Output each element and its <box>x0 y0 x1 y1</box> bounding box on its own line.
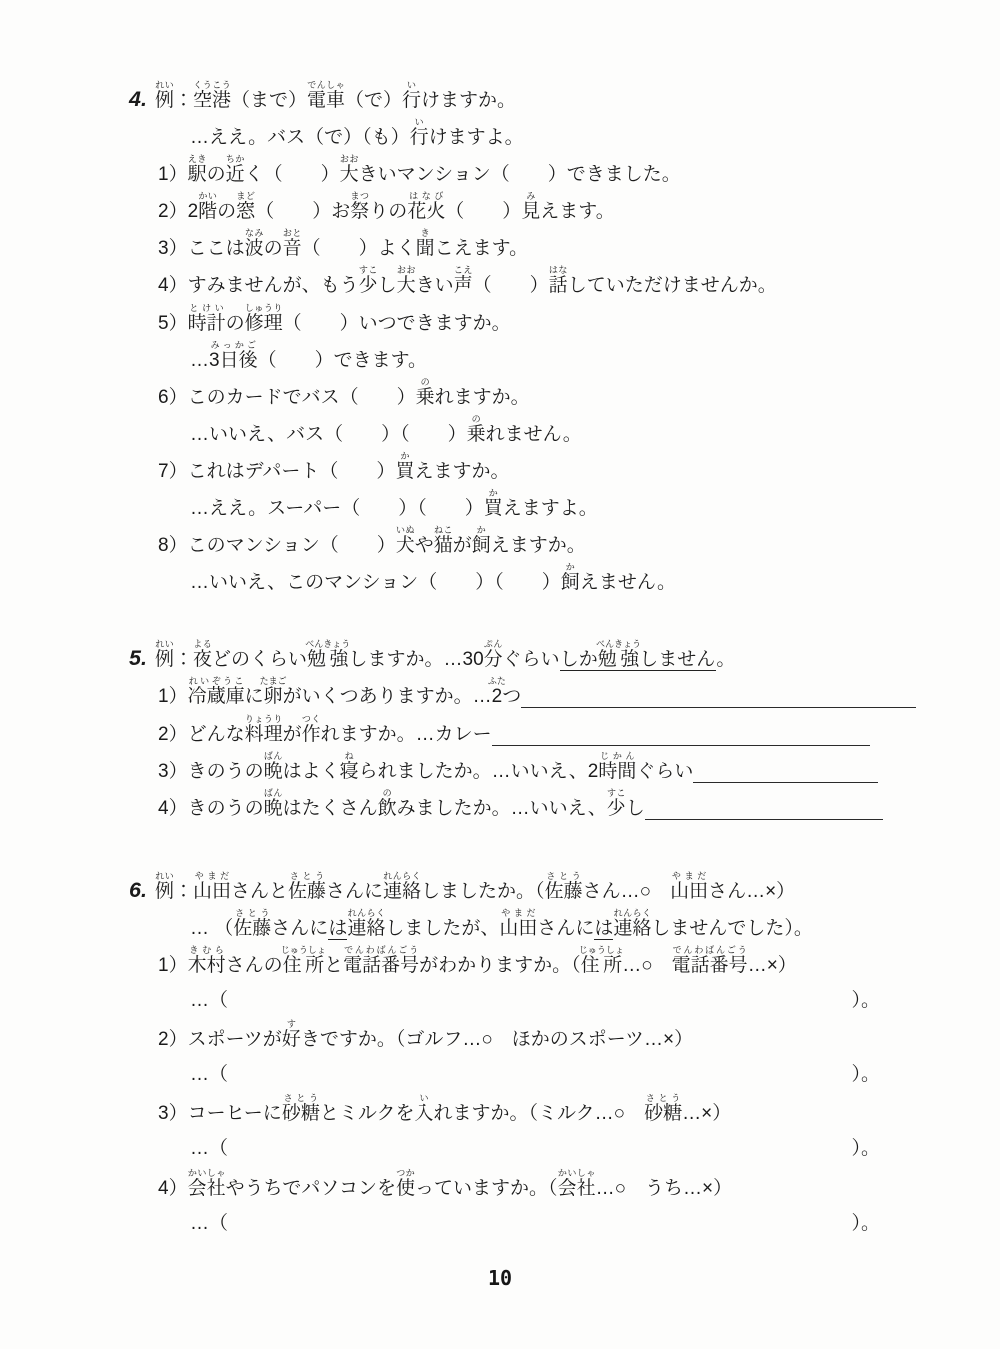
answer-blank-line <box>693 782 878 783</box>
ruby-word: 見み <box>521 201 540 222</box>
workbook-content: 4.例れい：空港くうこう（まで）電車でんしゃ（で）行いけますか。…ええ。バス（で… <box>0 0 1000 1242</box>
ruby-word: 3日後みっかご <box>209 350 258 371</box>
text-line: 3）コーヒーに砂糖さとうとミルクを入いれますか。（ミルク…○ 砂糖さとう…×） <box>158 1093 1000 1130</box>
ruby-word: 飲の <box>378 798 397 819</box>
text-run: ： <box>174 90 193 111</box>
ruby-word: 大おお <box>340 164 359 185</box>
text-run: の <box>264 238 283 259</box>
ruby-word: 声こえ <box>454 275 473 296</box>
text-run: こえます。 <box>435 238 528 259</box>
text-run: がわかりますか。（ <box>419 955 581 976</box>
ruby-word: 電話番号でんわばんごう <box>672 955 748 976</box>
text-run: …（ <box>190 1130 228 1167</box>
text-run: られましたか。…いいえ、2 <box>359 761 599 782</box>
text-run: ）。 <box>851 1205 880 1242</box>
ruby-word: 会社かいしゃ <box>188 1178 226 1199</box>
answer-blank-line <box>521 707 916 708</box>
text-line: … （佐藤さとうさんには連絡れんらくしましたが、山田やまださんには連絡れんらくし… <box>190 908 1000 945</box>
ruby-word: 近ちか <box>226 164 245 185</box>
exercise-section-6: 6.例れい：山田やまださんと佐藤さとうさんに連絡れんらくしましたか。（佐藤さとう… <box>0 871 1000 1242</box>
text-run: 8）このマンション（ ） <box>158 535 396 556</box>
text-run: し <box>378 275 397 296</box>
text-run: さんに <box>326 881 383 902</box>
text-run: れますか。 <box>435 387 530 408</box>
text-run: …ええ。スーパー（ ）（ ） <box>190 498 484 519</box>
ruby-word: 晩ばん <box>264 761 283 782</box>
text-run: しますか。…30 <box>349 649 484 670</box>
text-run: しましたが、 <box>385 918 499 939</box>
ruby-word: 音おと <box>283 238 302 259</box>
text-run: し <box>626 798 645 819</box>
ruby-word: 行い <box>402 90 421 111</box>
text-run: つ <box>502 686 521 707</box>
text-run: れますか。…カレー <box>321 724 492 745</box>
ruby-word: 買か <box>484 498 503 519</box>
text-run: どのくらい <box>212 649 307 670</box>
ruby-word: 波なみ <box>245 238 264 259</box>
text-run: っていますか。（ <box>415 1178 558 1199</box>
text-line: 6.例れい：山田やまださんと佐藤さとうさんに連絡れんらくしましたか。（佐藤さとう… <box>129 871 1000 908</box>
text-run: 4. <box>129 87 147 111</box>
text-run: は <box>594 918 613 940</box>
text-run: きですか。（ゴルフ…○ ほかのスポーツ…×） <box>301 1029 693 1050</box>
text-line: …（）。 <box>190 982 880 1019</box>
ruby-word: 例れい <box>155 90 174 111</box>
text-run: さん…○ <box>583 881 670 902</box>
ruby-word: 佐藤さとう <box>288 881 326 902</box>
text-run: の <box>207 164 226 185</box>
text-line: …いいえ、バス（ ）（ ）乗のれません。 <box>190 414 1000 451</box>
ruby-word: 猫ねこ <box>434 535 453 556</box>
text-run: しませんでした）。 <box>651 918 813 939</box>
text-run: く（ ） <box>245 164 340 185</box>
ruby-word: 花火はなび <box>407 201 445 222</box>
ruby-word: 例れい <box>155 649 174 670</box>
text-run: えます。 <box>540 201 614 222</box>
text-line: …（）。 <box>190 1130 880 1167</box>
text-run: 4）すみませんが、もう <box>158 275 359 296</box>
text-run: さん…×） <box>708 881 795 902</box>
text-line: 7）これはデパート（ ）買かえますか。 <box>158 451 1000 488</box>
ruby-word: 連絡れんらく <box>383 881 421 902</box>
ruby-word: 少すこ <box>607 798 626 819</box>
ruby-word: 聞き <box>416 238 435 259</box>
text-run: さんと <box>231 881 288 902</box>
ruby-word: 夜よる <box>193 649 212 670</box>
text-run: 2）どんな <box>158 724 245 745</box>
text-run: が <box>283 724 302 745</box>
text-line: 4.例れい：空港くうこう（まで）電車でんしゃ（で）行いけますか。 <box>129 80 1000 117</box>
ruby-word: 電話番号でんわばんごう <box>343 955 419 976</box>
ruby-word: 山田やまだ <box>670 881 708 902</box>
text-run: …×） <box>682 1103 731 1124</box>
text-run: きい <box>416 275 454 296</box>
ruby-word: 使つか <box>396 1178 415 1199</box>
text-line: 4）きのうの晩ばんはたくさん飲のみましたか。…いいえ、少すこし <box>158 788 1000 825</box>
text-run: 3）きのうの <box>158 761 264 782</box>
ruby-word: 作つく <box>302 724 321 745</box>
ruby-word: 乗の <box>416 387 435 408</box>
text-run: の <box>226 313 245 334</box>
text-run: …×） <box>748 955 797 976</box>
text-run: がいくつありますか。… <box>283 686 492 707</box>
ruby-word: 例れい <box>155 881 174 902</box>
text-line: 8）このマンション（ ）犬いぬや猫ねこが飼かえますか。 <box>158 525 1000 562</box>
text-run: 4） <box>158 1178 188 1199</box>
text-run: ）。 <box>851 1056 880 1093</box>
answer-blank-line <box>492 745 870 746</box>
text-run: しましたか。（ <box>421 881 545 902</box>
text-run: や <box>415 535 434 556</box>
text-run: れません。 <box>486 424 582 445</box>
ruby-word: 砂糖さとう <box>644 1103 682 1124</box>
text-run: 1） <box>158 164 188 185</box>
text-run: しか <box>560 649 598 671</box>
ruby-word: 連絡れんらく <box>347 918 385 939</box>
ruby-word: 時計とけい <box>188 313 226 334</box>
text-line: 2）2階かいの窓まど（ ）お祭まつりの花火はなび（ ）見みえます。 <box>158 191 1000 228</box>
text-run: 。 <box>716 649 735 670</box>
ruby-word: 会社かいしゃ <box>558 1178 596 1199</box>
text-run: えますか。 <box>491 535 586 556</box>
text-line: 6）このカードでバス（ ）乗のれますか。 <box>158 377 1000 414</box>
text-run: … （ <box>190 918 233 939</box>
text-run: ぐらい <box>503 649 560 670</box>
text-run: 1） <box>158 955 188 976</box>
text-run: 6. <box>129 878 147 902</box>
text-run: 5） <box>158 313 188 334</box>
text-run: と <box>324 955 343 976</box>
ruby-word: 階かい <box>198 201 217 222</box>
text-run: ）。 <box>851 982 880 1019</box>
ruby-word: 砂糖さとう <box>282 1103 320 1124</box>
ruby-word: 修理しゅうり <box>245 313 283 334</box>
text-run: 4）きのうの <box>158 798 264 819</box>
text-line: 1）駅えきの近ちかく（ ）大おおきいマンション（ ）できました。 <box>158 154 1000 191</box>
ruby-word: 飼か <box>561 572 580 593</box>
text-run: 2）スポーツが <box>158 1029 282 1050</box>
ruby-word: 電車でんしゃ <box>307 90 345 111</box>
text-run: （ ） <box>445 201 521 222</box>
text-run: （まで） <box>231 90 307 111</box>
text-run: 2）2 <box>158 201 198 222</box>
text-run: ： <box>174 649 193 670</box>
ruby-word: 住所じゅうしょ <box>581 955 623 976</box>
text-run: とミルクを <box>320 1103 415 1124</box>
text-line: 4）会社かいしゃやうちでパソコンを使つかっていますか。（会社かいしゃ…○ うち…… <box>158 1168 1000 1205</box>
text-run: りの <box>369 201 407 222</box>
text-run: 7）これはデパート（ ） <box>158 461 395 482</box>
text-run: … <box>190 350 209 371</box>
document-page: 4.例れい：空港くうこう（まで）電車でんしゃ（で）行いけますか。…ええ。バス（で… <box>0 0 1000 1349</box>
text-run: はよく <box>283 761 340 782</box>
text-run: 1） <box>158 686 188 707</box>
ruby-word: 買か <box>395 461 414 482</box>
text-line: 5.例れい：夜よるどのくらい勉強べんきょうしますか。…30分ぷんぐらいしか勉強べ… <box>129 639 1000 676</box>
text-run: していただけませんか。 <box>568 275 777 296</box>
ruby-word: 料理りょうり <box>245 724 283 745</box>
exercise-section-4: 4.例れい：空港くうこう（まで）電車でんしゃ（で）行いけますか。…ええ。バス（で… <box>0 80 1000 599</box>
text-line: …いいえ、このマンション（ ）（ ）飼かえません。 <box>190 562 1000 599</box>
ruby-word: 飼か <box>472 535 491 556</box>
text-line: …（）。 <box>190 1205 880 1242</box>
ruby-word: 山田やまだ <box>499 918 537 939</box>
text-run: （ ）できます。 <box>258 350 427 371</box>
ruby-word: 駅えき <box>188 164 207 185</box>
ruby-word: 窓まど <box>236 201 255 222</box>
text-line: 2）どんな料理りょうりが作つくれますか。…カレー <box>158 714 1000 751</box>
text-run: …（ <box>190 1056 228 1093</box>
ruby-word: 勉強べんきょう <box>598 649 640 671</box>
text-run: はたくさん <box>283 798 378 819</box>
text-run: さんに <box>271 918 328 939</box>
ruby-word: 山田やまだ <box>193 881 231 902</box>
text-run: （ ）お <box>255 201 350 222</box>
text-run: （ ） <box>473 275 549 296</box>
text-run: しません <box>639 649 716 671</box>
ruby-word: 好す <box>282 1029 301 1050</box>
text-run: …いいえ、このマンション（ ）（ ） <box>190 572 561 593</box>
text-run: きいマンション（ ）できました。 <box>359 164 681 185</box>
text-run: けますか。 <box>421 90 516 111</box>
ruby-word: 分ぷん <box>484 649 503 670</box>
text-run: ぐらい <box>636 761 693 782</box>
ruby-word: 話はな <box>549 275 568 296</box>
answer-blank-line <box>645 819 883 820</box>
text-line: …（）。 <box>190 1056 880 1093</box>
text-run: …（ <box>190 1205 228 1242</box>
ruby-word: 晩ばん <box>264 798 283 819</box>
text-run: …○ うち…×） <box>596 1178 733 1199</box>
text-run: …いいえ、バス（ ）（ ） <box>190 424 467 445</box>
text-line: 2）スポーツが好すきですか。（ゴルフ…○ ほかのスポーツ…×） <box>158 1019 1000 1056</box>
ruby-word: 卵たまご <box>264 686 283 707</box>
text-line: 3）きのうの晩ばんはよく寝ねられましたか。…いいえ、2時間じかんぐらい <box>158 751 1000 788</box>
text-run: （ ）よく <box>302 238 416 259</box>
ruby-word: 勉強べんきょう <box>307 649 349 670</box>
text-line: …3日後みっかご（ ）できます。 <box>190 340 1000 377</box>
ruby-word: 乗の <box>467 424 486 445</box>
ruby-word: 佐藤さとう <box>545 881 583 902</box>
text-line: 4）すみませんが、もう少すこし大おおきい声こえ（ ）話はなしていただけませんか。 <box>158 265 1000 302</box>
text-run: やうちでパソコンを <box>226 1178 396 1199</box>
text-line: 1）木村きむらさんの住所じゅうしょと電話番号でんわばんごうがわかりますか。（住所… <box>158 945 1000 982</box>
text-run: えますよ。 <box>503 498 598 519</box>
text-run: ： <box>174 881 193 902</box>
text-run: えません。 <box>580 572 676 593</box>
text-run: 6）このカードでバス（ ） <box>158 387 416 408</box>
text-line: …ええ。スーパー（ ）（ ）買かえますよ。 <box>190 488 1000 525</box>
text-run: …○ <box>622 955 671 976</box>
text-line: …ええ。バス（で）（も）行いけますよ。 <box>190 117 1000 154</box>
ruby-word: 大おお <box>397 275 416 296</box>
text-run: けますよ。 <box>429 127 524 148</box>
text-run: れますか。（ミルク…○ <box>433 1103 644 1124</box>
text-line: 3）ここは波なみの音おと（ ）よく聞きこえます。 <box>158 228 1000 265</box>
exercise-section-5: 5.例れい：夜よるどのくらい勉強べんきょうしますか。…30分ぷんぐらいしか勉強べ… <box>0 639 1000 824</box>
ruby-word: 木村きむら <box>188 955 226 976</box>
text-run: 3）ここは <box>158 238 245 259</box>
page-number: 10 <box>0 1266 1000 1290</box>
ruby-word: 連絡れんらく <box>613 918 651 939</box>
text-run: 5. <box>129 646 147 670</box>
ruby-word: 佐藤さとう <box>233 918 271 939</box>
ruby-word: 2ふた <box>492 686 503 707</box>
text-run: が <box>453 535 472 556</box>
text-run: （ ）いつできますか。 <box>283 313 511 334</box>
text-run: さんの <box>226 955 283 976</box>
ruby-word: 寝ね <box>340 761 359 782</box>
ruby-word: 少すこ <box>359 275 378 296</box>
text-run: …（ <box>190 982 228 1019</box>
ruby-word: 空港くうこう <box>193 90 231 111</box>
text-line: 5）時計とけいの修理しゅうり（ ）いつできますか。 <box>158 303 1000 340</box>
text-run: は <box>328 918 347 940</box>
text-run: さんに <box>537 918 594 939</box>
text-run: ）。 <box>851 1130 880 1167</box>
text-run: えますか。 <box>414 461 509 482</box>
text-run: の <box>217 201 236 222</box>
ruby-word: 祭まつ <box>350 201 369 222</box>
ruby-word: 行い <box>410 127 429 148</box>
text-run: …ええ。バス（で）（も） <box>190 127 410 148</box>
ruby-word: 冷蔵庫れいぞうこ <box>188 686 245 707</box>
ruby-word: 犬いぬ <box>396 535 415 556</box>
ruby-word: 入い <box>414 1103 433 1124</box>
text-run: 3）コーヒーに <box>158 1103 282 1124</box>
ruby-word: 時間じかん <box>598 761 636 782</box>
ruby-word: 住所じゅうしょ <box>283 955 325 976</box>
text-line: 1）冷蔵庫れいぞうこに卵たまごがいくつありますか。…2ふたつ <box>158 676 1000 713</box>
text-run: （で） <box>345 90 402 111</box>
text-run: みましたか。…いいえ、 <box>397 798 607 819</box>
